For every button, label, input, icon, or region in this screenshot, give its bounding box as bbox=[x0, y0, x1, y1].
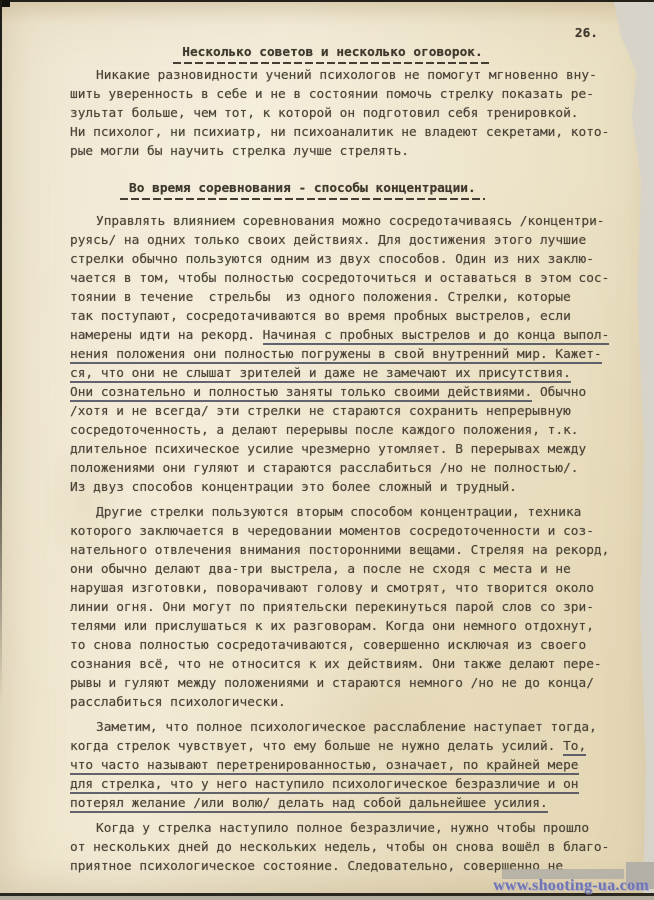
text-segment: Управлять влиянием соревнования можно со… bbox=[96, 214, 605, 229]
text-line: ся, что они не слышат зрителей и даже не… bbox=[70, 364, 626, 383]
watermark: www.shooting-ua.com bbox=[493, 877, 649, 895]
text-segment: Из двуз способов концентрации это более … bbox=[70, 480, 517, 495]
underlined-passage: что часто называют перетренированностью,… bbox=[70, 758, 579, 775]
text-line: Заметим, что полное психологическое расс… bbox=[70, 718, 626, 737]
text-segment: тоянии в течение стрельбы из одного поло… bbox=[70, 290, 571, 305]
text-segment: Никакие разновидности учений психологов … bbox=[96, 68, 597, 83]
page-number: 26. bbox=[575, 24, 598, 43]
text-line: рывы и гуляют между положениями и стараю… bbox=[70, 674, 626, 693]
text-segment: они обычно делают два-три выстрела, а по… bbox=[70, 562, 571, 577]
text-segment: от нескольких дней до нескольких недель,… bbox=[70, 840, 609, 855]
text-segment: телями или прислушаться к их разговорам.… bbox=[70, 619, 594, 634]
text-line: потерял желание /или волю/ делать над со… bbox=[70, 794, 626, 813]
text-line: они обычно делают два-три выстрела, а по… bbox=[70, 560, 626, 579]
text-line: линии огня. Они могут по приятельски пер… bbox=[70, 598, 626, 617]
text-line: что часто называют перетренированностью,… bbox=[70, 756, 626, 775]
text-line: рые могли бы научить стрелка лучше стрел… bbox=[70, 142, 626, 161]
section-heading-row: Во время соревнования - способы концентр… bbox=[70, 179, 626, 198]
text-segment: линии огня. Они могут по приятельски пер… bbox=[70, 600, 594, 615]
document-page: Несколько советов и несколько оговорок. … bbox=[70, 0, 626, 900]
text-segment: рывы и гуляют между положениями и стараю… bbox=[70, 676, 594, 691]
text-segment: так поступают, сосредотачиваются во врем… bbox=[70, 309, 571, 324]
page-title: Несколько советов и несколько оговорок. bbox=[173, 45, 491, 64]
text-line: Другие стрелки пользуются вторым способо… bbox=[70, 503, 626, 522]
underlined-passage: потерял желание /или волю/ делать над со… bbox=[70, 796, 548, 813]
text-line: стрелки обычно пользуются одним из двух … bbox=[70, 250, 626, 269]
text-segment: когда стрелок чувствует, что ему больше … bbox=[70, 739, 563, 754]
text-line: для стрелка, что у него наступило психол… bbox=[70, 775, 626, 794]
text-segment: намерены идти на рекорд. bbox=[70, 328, 263, 343]
paragraph: Управлять влиянием соревнования можно со… bbox=[70, 212, 626, 497]
text-segment: чается в том, чтобы полностью сосредоточ… bbox=[70, 271, 609, 286]
text-line: которого заключается в чередовании момен… bbox=[70, 522, 626, 541]
text-line: Управлять влиянием соревнования можно со… bbox=[70, 212, 626, 231]
underlined-passage: для стрелка, что у него наступило психол… bbox=[70, 777, 579, 794]
scan-top-edge bbox=[0, 0, 654, 2]
text-segment: Обычно bbox=[532, 385, 586, 400]
text-segment: зультат больше, чем тот, к которой он по… bbox=[70, 106, 579, 121]
text-line: Они сознательно и полностью заняты тольк… bbox=[70, 383, 626, 402]
text-segment: Заметим, что полное психологическое расс… bbox=[96, 720, 597, 735]
paragraph: Никакие разновидности учений психологов … bbox=[70, 66, 626, 161]
text-line: Никакие разновидности учений психологов … bbox=[70, 66, 626, 85]
title-row: Несколько советов и несколько оговорок. … bbox=[70, 24, 626, 46]
text-segment: приятное психологическое состояние. След… bbox=[70, 859, 563, 874]
text-segment: рые могли бы научить стрелка лучше стрел… bbox=[70, 144, 409, 159]
text-line: расслабиться психологически. bbox=[70, 693, 626, 712]
text-line: так поступают, сосредотачиваются во врем… bbox=[70, 307, 626, 326]
text-line: зультат больше, чем тот, к которой он по… bbox=[70, 104, 626, 123]
text-segment: руясь/ на одних только своих действиях. … bbox=[70, 233, 586, 248]
underlined-passage: ся, что они не слышат зрителей и даже не… bbox=[70, 366, 571, 383]
text-segment: нательного отвлечения внимания посторонн… bbox=[70, 543, 609, 558]
text-line: Ни психолог, ни психиатр, ни психоаналит… bbox=[70, 123, 626, 142]
underlined-passage: Начиная с пробных выстрелов и до конца в… bbox=[263, 328, 610, 345]
document-body: Никакие разновидности учений психологов … bbox=[70, 66, 626, 876]
text-segment: сосредоточенность, а делают перерывы пос… bbox=[70, 423, 579, 438]
text-segment: шить уверенность в себе и не в состоянии… bbox=[70, 87, 594, 102]
text-segment: то снова полностью сосредотачиваются, со… bbox=[70, 638, 586, 653]
text-line: сосредоточенность, а делают перерывы пос… bbox=[70, 421, 626, 440]
underlined-passage: То, bbox=[563, 739, 586, 756]
text-segment: /хотя и не всегда/ эти стрелки не стараю… bbox=[70, 404, 571, 419]
paragraph: Заметим, что полное психологическое расс… bbox=[70, 718, 626, 813]
text-line: намерены идти на рекорд. Начиная с пробн… bbox=[70, 326, 626, 345]
text-line: Из двуз способов концентрации это более … bbox=[70, 478, 626, 497]
text-segment: длительное психическое усилие чрезмерно … bbox=[70, 442, 586, 457]
text-segment: которого заключается в чередовании момен… bbox=[70, 524, 594, 539]
text-line: нарушая изготовки, поворачивают голову и… bbox=[70, 579, 626, 598]
scan-bottom-edge bbox=[0, 896, 654, 900]
text-line: нательного отвлечения внимания посторонн… bbox=[70, 541, 626, 560]
text-line: чается в том, чтобы полностью сосредоточ… bbox=[70, 269, 626, 288]
text-line: сознания всё, что не относится к их дейс… bbox=[70, 655, 626, 674]
text-segment: Когда у стрелка наступило полное безразл… bbox=[96, 821, 589, 836]
text-line: когда стрелок чувствует, что ему больше … bbox=[70, 737, 626, 756]
underlined-passage: нения положения они полностью погружены … bbox=[70, 347, 602, 364]
text-line: тоянии в течение стрельбы из одного поло… bbox=[70, 288, 626, 307]
text-line: руясь/ на одних только своих действиях. … bbox=[70, 231, 626, 250]
text-segment: сознания всё, что не относится к их дейс… bbox=[70, 657, 602, 672]
text-segment: нарушая изготовки, поворачивают голову и… bbox=[70, 581, 594, 596]
text-line: нения положения они полностью погружены … bbox=[70, 345, 626, 364]
text-line: телями или прислушаться к их разговорам.… bbox=[70, 617, 626, 636]
paragraph: Когда у стрелка наступило полное безразл… bbox=[70, 819, 626, 876]
text-line: /хотя и не всегда/ эти стрелки не стараю… bbox=[70, 402, 626, 421]
paragraph: Другие стрелки пользуются вторым способо… bbox=[70, 503, 626, 712]
underlined-passage: Они сознательно и полностью заняты тольк… bbox=[70, 385, 532, 402]
page-background: Несколько советов и несколько оговорок. … bbox=[0, 0, 654, 900]
text-line: длительное психическое усилие чрезмерно … bbox=[70, 440, 626, 459]
scan-left-edge bbox=[0, 0, 2, 702]
text-segment: Ни психолог, ни психиатр, ни психоаналит… bbox=[70, 125, 609, 140]
text-line: от нескольких дней до нескольких недель,… bbox=[70, 838, 626, 857]
text-segment: положениями они гуляют и стараются рассл… bbox=[70, 461, 579, 476]
text-segment: расслабиться психологически. bbox=[70, 695, 286, 710]
text-line: Когда у стрелка наступило полное безразл… bbox=[70, 819, 626, 838]
section-heading: Во время соревнования - способы концентр… bbox=[120, 181, 485, 200]
text-line: шить уверенность в себе и не в состоянии… bbox=[70, 85, 626, 104]
text-line: то снова полностью сосредотачиваются, со… bbox=[70, 636, 626, 655]
text-line: положениями они гуляют и стараются рассл… bbox=[70, 459, 626, 478]
text-segment: стрелки обычно пользуются одним из двух … bbox=[70, 252, 594, 267]
text-segment: Другие стрелки пользуются вторым способо… bbox=[96, 505, 581, 520]
